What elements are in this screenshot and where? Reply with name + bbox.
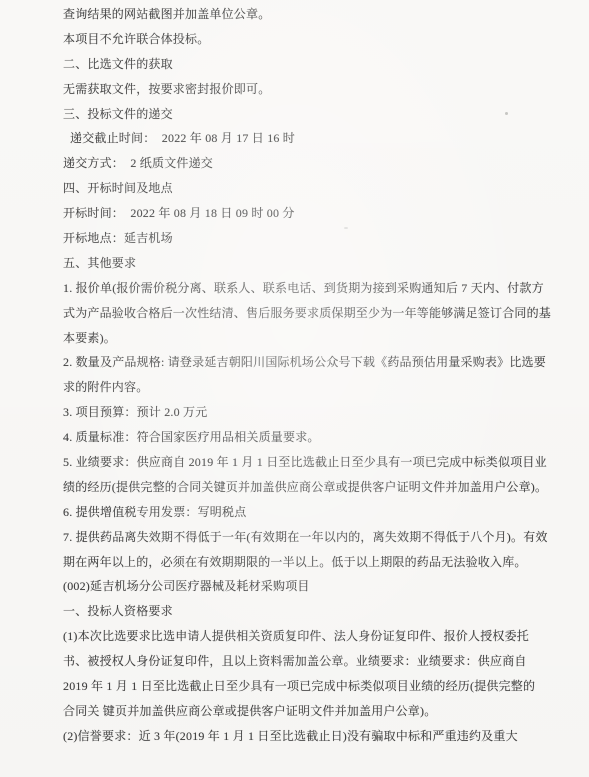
section-heading: 一、投标人资格要求 [63,599,535,624]
document-line: 1. 报价单(报价需价税分离、联系人、联系电话、到货期为接到采购通知后 7 天内… [63,276,535,301]
document-line: 绩的经历(提供完整的合同关键页并加盖供应商公章或提供客户证明文件并加盖用户公章)… [63,475,535,500]
document-line: 查询结果的网站截图并加盖单位公章。 [63,2,535,27]
section-heading: 四、开标时间及地点 [63,176,535,201]
document-line: 7. 提供药品离失效期不得低于一年(有效期在一年以内的，离失效期不得低于八个月)… [63,525,535,550]
document-line: 3. 项目预算：预计 2.0 万元 [63,400,535,425]
document-line: 期在两年以上的，必须在有效期期限的一半以上。低于以上期限的药品无法验收入库。 [63,550,535,575]
scan-speck [344,227,348,229]
document-line: 2019 年 1 月 1 日至比选截止日至少具有一项已完成中标类似项目业绩的经历… [63,674,535,699]
section-heading: 三、投标文件的递交 [63,102,535,127]
document-line: 本项目不允许联合体投标。 [63,27,535,52]
document-line: (2)信誉要求：近 3 年(2019 年 1 月 1 日至比选截止日)没有骗取中… [63,724,535,749]
document-line: 书、被授权人身份证复印件，且以上资料需加盖公章。业绩要求：业绩要求：供应商自 [63,649,535,674]
document-line: 递交方式： 2 纸质文件递交 [63,151,535,176]
scanned-document-page: 查询结果的网站截图并加盖单位公章。 本项目不允许联合体投标。 二、比选文件的获取… [0,0,589,777]
document-line: 6. 提供增值税专用发票：写明税点 [63,500,535,525]
document-line: 递交截止时间： 2022 年 08 月 17 日 16 时 [63,126,535,151]
section-heading: 二、比选文件的获取 [63,52,535,77]
document-line: 无需获取文件，按要求密封报价即可。 [63,77,535,102]
document-line: 合同关 键页并加盖供应商公章或提供客户证明文件并加盖用户公章)。 [63,699,535,724]
document-line: (1)本次比选要求比选申请人提供相关资质复印件、法人身份证复印件、报价人授权委托 [63,624,535,649]
document-line: 开标地点：延吉机场 [63,226,535,251]
document-line: 4. 质量标准：符合国家医疗用品相关质量要求。 [63,425,535,450]
section-heading: 五、其他要求 [63,251,535,276]
document-line: 5. 业绩要求：供应商自 2019 年 1 月 1 日至比选截止日至少具有一项已… [63,450,535,475]
scan-speck [505,112,508,115]
document-line: 求的附件内容。 [63,375,535,400]
document-line: 式为产品验收合格后一次性结清、售后服务要求质保期至少为一年等能够满足签订合同的基 [63,301,535,326]
project-heading: (002)延吉机场分公司医疗器械及耗材采购项目 [63,574,535,599]
document-line: 本要素)。 [63,326,535,351]
document-body: 查询结果的网站截图并加盖单位公章。 本项目不允许联合体投标。 二、比选文件的获取… [63,2,535,749]
document-line: 2. 数量及产品规格: 请登录延吉朝阳川国际机场公众号下载《药品预估用量采购表》… [63,350,535,375]
document-line: 开标时间： 2022 年 08 月 18 日 09 时 00 分 [63,201,535,226]
